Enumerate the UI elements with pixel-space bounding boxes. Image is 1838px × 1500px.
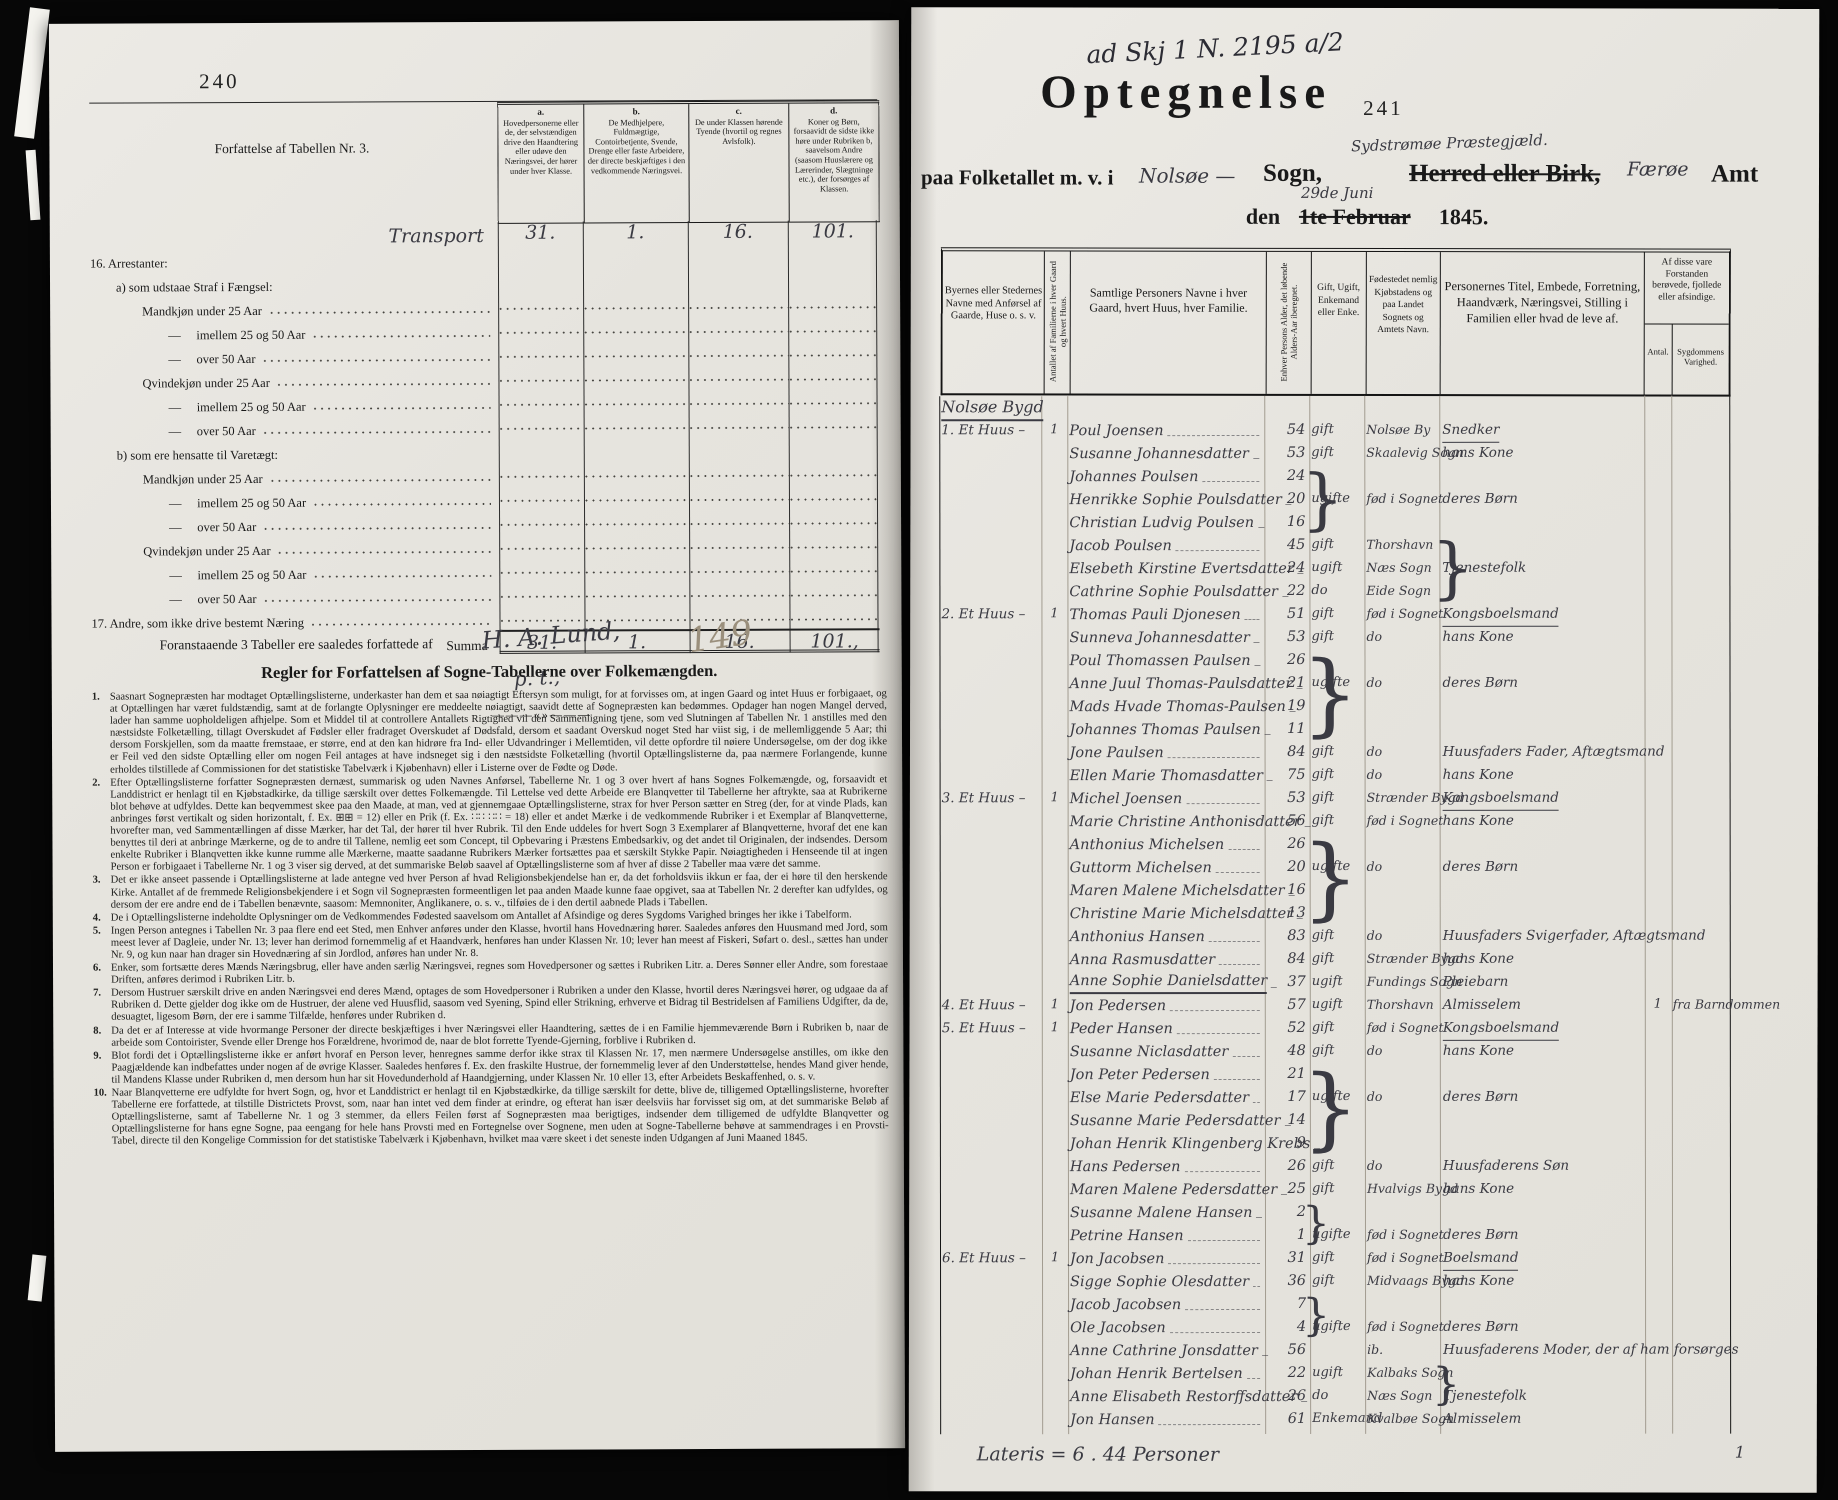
dash-leader [1245,619,1260,620]
left-page: 240 Forfattelse af Tabellen Nr. 3. a. Ho… [49,20,905,1452]
census-row: Anne Cathrine Jonsdatter56ib.Huusfaderen… [940,1339,1730,1363]
census-row: Anthonius Hansen83giftdoHuusfaders Svige… [940,925,1730,949]
category-label-text: 16. Arrestanter: [90,256,168,271]
census-table-header: Byernes eller Stedernes Navne med Anførs… [941,247,1731,396]
person-name: Johan Henrik Bertelsen [1070,1363,1243,1385]
value-cell [788,388,878,412]
dash-leader [1185,1309,1260,1310]
person-name-cell: Anne Juul Thomas-Paulsdatter [1070,672,1262,695]
category-row: Qvindekjøn under 25 Aar [90,364,878,391]
person-name-cell: Ole Jacobsen [1070,1316,1262,1339]
person-age: 20 [1266,856,1306,879]
marital-status: gift [1312,1017,1335,1040]
value-cell [583,341,688,365]
transport-value: 31. [498,222,583,246]
person-age: 36 [1266,1270,1306,1293]
value-cell [583,389,688,413]
census-row: 6. Et Huus1Jon Jacobsen31giftfød i Sogne… [940,1247,1730,1271]
value-cell [583,245,688,269]
person-age: 9 [1266,1132,1306,1155]
value-cell [789,508,879,532]
transport-label-text: Transport [388,226,483,246]
birthplace: Næs Sogn [1366,557,1431,580]
value-cell [789,436,879,460]
census-row: 4. Et Huus1Jon Pedersen57ugiftThorshavnA… [940,994,1730,1018]
rule-item: 6.Enker, som fortsætte deres Mænds Nærin… [93,959,888,987]
birthplace: do [1367,741,1383,764]
transport-value: 16. [688,221,788,245]
dash-leader [1214,1079,1260,1080]
dash-leader [1253,458,1259,459]
occupation: Almisselem [1443,994,1521,1017]
person-age: 24 [1265,557,1305,580]
person-age: 45 [1265,534,1305,557]
person-name: Maren Malene Michelsdatter [1070,880,1285,902]
person-age: 22 [1265,580,1305,603]
marital-status: gift [1312,925,1335,948]
value-cell [689,509,789,533]
person-name: Guttorm Michelsen [1070,857,1212,879]
census-row: Poul Thomassen Paulsen26} [939,649,1729,673]
person-name-cell: Sunneva Johannesdatter [1069,626,1261,649]
person-name: Jon Peter Pedersen [1070,1064,1210,1086]
value-cell [689,557,789,581]
person-age: 2 [1266,1201,1306,1224]
person-name: Christine Marie Michelsdatter [1070,903,1293,925]
person-name-cell: Anna Rasmusdatter [1070,948,1262,971]
value-cell [584,581,689,605]
summa-value: 101., [790,628,880,652]
sub-columns: Antal. Sygdommens Varighed. [1645,324,1729,394]
birthplace: fød i Sognet [1366,488,1443,511]
person-name-cell: Susanne Johannesdatter [1069,442,1261,465]
dateline-struck-date: 1te Februar [1299,204,1411,230]
census-row: Nolsøe Bygd [939,396,1729,420]
census-row: Guttorm Michelsen20ugiftedoderes Børn [940,856,1730,880]
dash-leader [1253,1286,1260,1287]
dotted-leader [268,306,490,315]
dotted-leader [277,546,492,555]
census-row: Petrine Hansen1ugiftefød i Sognetderes B… [940,1224,1730,1248]
dateline-handwritten-date: 29de Juni [1301,184,1374,202]
value-cell [789,484,879,508]
rule-number: 9. [93,1050,101,1062]
value-cell [584,413,689,437]
dotted-leader [262,426,491,435]
rule-text: Enker, som fortsætte deres Mænds Nærings… [111,959,888,985]
category-label-text: a) som udstaae Straf i Fængsel: [90,280,273,296]
census-row: Susanne Malene Hansen2} [940,1201,1730,1225]
house-label: 3. Et Huus [942,787,1040,810]
family-count: 1 [1041,603,1067,626]
census-row: Johan Henrik Bertelsen22ugiftKalbaks Sog… [940,1362,1730,1386]
rule-text: Naar Blanqvetterne ere udfyldte for hver… [112,1084,889,1147]
birthplace: fød i Sognet [1367,1224,1444,1247]
rule-item: 1.Saasnart Sognepræsten har modtaget Opt… [92,688,887,776]
person-name: Poul Joensen [1069,420,1163,442]
occupation: Kongsboelsmand [1443,1017,1559,1041]
marital-status: ugift [1312,971,1343,994]
value-cell [689,485,789,509]
person-name: Susanne Marie Pedersdatter [1070,1110,1281,1132]
person-name: Jon Jacobsen [1070,1248,1164,1270]
person-name-cell: Jone Paulsen [1070,741,1262,764]
person-name: Jacob Jacobsen [1070,1294,1181,1316]
value-cell [688,317,788,341]
person-name: Jacob Poulsen [1069,535,1171,557]
person-name: Maren Malene Pedersdatter [1070,1179,1277,1201]
dotted-leader [312,570,491,579]
birthplace: fød i Sognet [1367,1316,1444,1339]
census-row: Jone Paulsen84giftdoHuusfaders Fader, Af… [940,741,1730,765]
person-name-cell: Anthonius Hansen [1070,925,1262,948]
person-name: Elsebeth Kirstine Evertsdatter [1069,558,1293,580]
census-row: Christine Marie Michelsdatter13 [940,902,1730,926]
table-rule [876,220,879,652]
birthplace: fød i Sognet [1366,603,1443,626]
scan-edge-artifact [26,150,41,221]
person-name-cell: Peder Hansen [1070,1017,1262,1040]
category-label-text: — over 50 Aar [91,520,256,536]
person-name-cell: Jacob Jacobsen [1070,1293,1262,1316]
marital-status: ugifte [1312,856,1351,879]
person-name-cell: Jon Hansen [1070,1408,1262,1431]
person-name-cell: Maren Malene Pedersdatter [1070,1178,1262,1201]
category-label: — over 50 Aar [91,591,499,608]
page-number-left: 240 [199,69,240,94]
occupation: hans Kone [1443,1270,1514,1293]
census-row: Elsebeth Kirstine Evertsdatter24ugiftNæs… [939,557,1729,581]
person-name-cell: Henrikke Sophie Poulsdatter [1069,488,1261,511]
house-label: 4. Et Huus [942,994,1040,1017]
family-count: 1 [1042,1017,1068,1040]
person-age: 61 [1266,1408,1306,1431]
column-header-text: Antallet af Familierne i hver Gaard og h… [1047,255,1067,388]
rule-number: 7. [93,988,101,1000]
category-row: — imellem 25 og 50 Aar [91,556,879,583]
census-row: Mads Hvade Thomas-Paulsen19 [940,695,1730,719]
value-cell [583,365,688,389]
dash-leader [1258,527,1264,528]
value-cell [498,318,583,342]
value-cell [789,580,879,604]
dash-leader [1216,872,1260,873]
person-name-cell: Susanne Niclasdatter [1070,1040,1262,1063]
person-age: 20 [1265,488,1305,511]
birthplace: Eide Sogn [1366,580,1431,603]
person-age: 84 [1266,741,1306,764]
person-name: Susanne Niclasdatter [1070,1041,1229,1063]
person-name: Thomas Pauli Djonesen [1069,604,1240,626]
occupation: hans Kone [1443,764,1514,787]
subtitle-pre: paa Folketallet m. v. i [921,165,1114,190]
person-name: Ole Jacobsen [1070,1317,1166,1339]
person-name: Peder Hansen [1070,1018,1173,1040]
dotted-leader [261,354,490,363]
dotted-leader [312,498,491,507]
person-name-cell: Jon Peter Pedersen [1070,1063,1262,1086]
column-header-birthplace: Fødestedet nemlig Kjøbstadens og paa Lan… [1365,252,1440,394]
census-row: Jon Hansen61EnkemandKvalbøe SognAlmissel… [940,1408,1730,1432]
column-header-c: c. De under Klassen hørende Tyende (hvor… [688,104,789,222]
dateline-year: 1845. [1439,204,1489,230]
marital-status: ugifte [1312,672,1351,695]
person-age: 54 [1265,419,1305,442]
category-label-text: — over 50 Aar [91,424,256,440]
house-label: 5. Et Huus [942,1017,1040,1040]
value-cell [789,604,879,628]
person-name-cell: Michel Joensen [1070,787,1262,810]
family-count: 1 [1042,787,1068,810]
value-cell [688,269,788,293]
rule-item: 3.Det er ikke anseet passende i Optællin… [93,872,888,912]
subtitle-herred-struck: Herred eller Birk, [1409,160,1600,188]
rule-text: Dersom Hustruer særskilt drive en anden … [111,984,888,1023]
person-name-cell: Hans Pedersen [1070,1155,1262,1178]
dash-leader [1177,1033,1260,1034]
transport-row: Transport31.1.16.101. [90,220,878,247]
census-row: Hans Pedersen26giftdoHuusfaderens Søn [940,1155,1730,1179]
occupation: Snedker [1442,419,1499,443]
person-name-cell: Anne Sophie Danielsdatter [1070,971,1262,994]
person-name-cell: Else Marie Pedersdatter [1070,1086,1262,1109]
person-name-cell: Jon Jacobsen [1070,1247,1262,1270]
census-row: Maren Malene Michelsdatter16 [940,879,1730,903]
marital-status: gift [1311,603,1334,626]
category-label-text: — over 50 Aar [90,352,255,368]
occupation: Huusfaderens Moder, der af ham forsørges [1443,1339,1738,1362]
person-age: 16 [1266,879,1306,902]
census-row: Cathrine Sophie Poulsdatter22doEide Sogn [939,580,1729,604]
person-age: 19 [1266,695,1306,718]
column-header-text: De under Klassen hørende Tyende (hvortil… [695,117,783,145]
person-age: 21 [1266,672,1306,695]
person-name: Mads Hvade Thomas-Paulsen [1070,696,1286,718]
person-name-cell: Cathrine Sophie Poulsdatter [1069,580,1261,603]
dotted-leader [263,594,492,603]
dash-leader [1188,1240,1260,1241]
person-name-cell: Petrine Hansen [1070,1224,1262,1247]
person-age: 22 [1266,1362,1306,1385]
house-label: 1. Et Huus [941,419,1039,442]
person-name: Hans Pedersen [1070,1156,1181,1178]
person-name-cell: Poul Joensen [1069,419,1261,442]
district-name: Nolsøe Bygd [941,396,1043,421]
column-header-a: a. Hovedpersonerne eller de, der selvstæ… [498,105,584,223]
dotted-leader [276,378,491,387]
illness-duration: fra Barndommen [1673,994,1780,1017]
census-row: Henrikke Sophie Poulsdatter20ugiftefød i… [939,488,1729,512]
family-count: 1 [1041,419,1067,442]
person-age: 84 [1266,948,1306,971]
marital-status: ugifte [1312,1316,1351,1339]
census-row: Susanne Marie Pedersdatter14 [940,1109,1730,1133]
census-row: 5. Et Huus1Peder Hansen52giftfød i Sogne… [940,1017,1730,1041]
occupation: deres Børn [1443,672,1519,695]
marital-status: ugifte [1312,1224,1351,1247]
value-cell [498,294,583,318]
category-row: — over 50 Aar [91,412,879,439]
occupation: deres Børn [1443,856,1519,879]
left-table-caption: Forfattelse af Tabellen Nr. 3. [104,140,479,158]
journal-annotation: ad Skj 1 N. 2195 a/2 [1086,27,1345,69]
person-name-cell: Poul Thomassen Paulsen [1069,649,1261,672]
prestegjeld-handwritten: Sydstrømøe Præstegjæld. [1351,131,1548,156]
value-cell [498,270,583,294]
category-label: Mandkjøn under 25 Aar [91,471,499,488]
person-name: Anne Elisabeth Restorffsdatter [1070,1386,1297,1408]
scan-edge-artifact [14,7,50,138]
person-name: Sigge Sophie Olesdatter [1070,1271,1249,1293]
marital-status: gift [1312,1247,1335,1270]
occupation: hans Kone [1443,948,1514,971]
dash-leader [1209,941,1260,942]
person-name: Anne Juul Thomas-Paulsdatter [1070,673,1293,695]
person-age: 11 [1266,718,1306,741]
category-label-text: b) som ere hensatte til Varetægt: [91,448,278,464]
birthplace: do [1367,1155,1383,1178]
census-table-body: Nolsøe Bygd1. Et Huus1Poul Joensen54gift… [939,396,1730,1435]
rule-text: Da det er af Interesse at vide hvormange… [111,1022,888,1048]
person-age: 31 [1266,1247,1306,1270]
person-age: 26 [1266,1385,1306,1408]
person-name-cell: Mads Hvade Thomas-Paulsen [1070,695,1262,718]
dash-leader [1202,481,1259,482]
category-row: — over 50 Aar [91,580,879,607]
family-count: 1 [1042,994,1068,1017]
marital-status: ugift [1312,1362,1343,1385]
category-label-text: — imellem 25 og 50 Aar [91,568,306,584]
marital-status: gift [1312,741,1335,764]
value-cell [499,582,584,606]
value-cell [499,414,584,438]
rule-text: Ingen Person antegnes i Tabellen Nr. 3 p… [111,922,888,961]
transport-label: Transport [90,226,498,248]
category-label-text: — imellem 25 og 50 Aar [90,328,305,344]
dash-leader [1159,1424,1261,1425]
column-letter: d. [791,106,876,116]
category-row: Mandkjøn under 25 Aar [90,292,878,319]
birthplace: fød i Sognet [1367,810,1444,833]
census-row: Jacob Poulsen45giftThorshavn} [939,534,1729,558]
census-row: Anthonius Michelsen26} [940,833,1730,857]
person-age: 25 [1266,1178,1306,1201]
person-name-cell: Anne Cathrine Jonsdatter [1070,1339,1262,1362]
category-label-text: — imellem 25 og 50 Aar [91,496,306,512]
person-name-cell: Johannes Thomas Paulsen [1070,718,1262,741]
rule-text: De i Optællingslisterne indeholdte Oplys… [111,909,852,923]
birthplace: ib. [1367,1339,1383,1362]
value-cell [499,486,584,510]
dash-leader [1176,550,1260,551]
category-label-text: — imellem 25 og 50 Aar [91,400,306,416]
dash-leader [1168,757,1260,758]
census-row: Christian Ludvig Poulsen16 [939,511,1729,535]
person-name-cell: Marie Christine Anthonisdatter [1070,810,1262,833]
value-cell [788,268,878,292]
occupation: hans Kone [1443,810,1514,833]
occupation: deres Børn [1443,1316,1519,1339]
occupation: hans Kone [1443,1040,1514,1063]
marital-status: ugifte [1312,1086,1351,1109]
rule-item: 10.Naar Blanqvetterne ere udfyldte for h… [94,1084,889,1148]
birthplace: do [1367,925,1383,948]
person-age: 7 [1266,1293,1306,1316]
person-name: Susanne Johannesdatter [1069,443,1249,465]
category-row: b) som ere hensatte til Varetægt: [91,436,879,463]
person-age: 53 [1265,442,1305,465]
column-header-families: Antallet af Familierne i hver Gaard og h… [1044,251,1070,393]
category-label-text: Qvindekjøn under 25 Aar [90,376,269,392]
value-cell [788,364,878,388]
value-cell [499,510,584,534]
person-age: 26 [1266,833,1306,856]
birthplace: Thorshavn [1366,534,1433,557]
left-table-body: Transport31.1.16.101.16. Arrestanter:a) … [90,220,880,655]
value-cell [499,438,584,462]
value-cell [498,246,583,270]
person-age: 75 [1266,764,1306,787]
value-cell [499,558,584,582]
value-cell [584,485,689,509]
value-cell [499,534,584,558]
birthplace: do [1366,626,1382,649]
marital-status: gift [1311,419,1334,442]
value-cell [584,533,689,557]
value-cell [689,533,789,557]
marital-status: ugifte [1311,488,1350,511]
dash-leader [1170,1010,1260,1011]
category-label: a) som udstaae Straf i Fængsel: [90,279,498,296]
dash-leader [1170,1332,1260,1333]
birthplace: Thorshavn [1367,994,1434,1017]
column-header-place: Byernes eller Stedernes Navne med Anførs… [943,251,1045,393]
marital-status: gift [1312,1155,1335,1178]
column-header-text: Koner og Børn, forsaavidt de sidste ikke… [794,117,874,193]
dash-leader [1219,964,1260,965]
category-label: — over 50 Aar [91,519,499,536]
census-row: Sigge Sophie Olesdatter36giftMidvaags By… [940,1270,1730,1294]
person-name: Jon Pedersen [1070,995,1166,1017]
value-cell [584,509,689,533]
dash-leader [1254,642,1260,643]
category-row: — imellem 25 og 50 Aar [90,388,878,415]
category-label: — imellem 25 og 50 Aar [91,567,499,584]
category-label-text: Qvindekjøn under 25 Aar [91,544,270,560]
person-age: 26 [1265,649,1305,672]
census-row: Else Marie Pedersdatter17ugiftedoderes B… [940,1086,1730,1110]
census-row: Anna Rasmusdatter84giftStrænder Bygdhans… [940,948,1730,972]
value-cell [689,413,789,437]
person-name: Anthonius Hansen [1070,926,1205,948]
rule-number: 6. [93,963,101,975]
marital-status: gift [1312,787,1335,810]
dash-leader [1253,1102,1260,1103]
attestation-text: Foranstaaende 3 Tabeller ere saaledes fo… [160,636,433,653]
census-row: Jacob Jacobsen7} [940,1293,1730,1317]
sub-column-antal: Antal. [1645,324,1672,394]
parish-name-handwritten: Nolsøe — [1139,164,1235,188]
category-label: — imellem 25 og 50 Aar [91,495,499,512]
column-header-text: Hovedpersonerne eller de, der selvstændi… [503,118,578,175]
value-cell [688,293,788,317]
occupation: hans Kone [1442,442,1513,465]
occupation: deres Børn [1443,1224,1519,1247]
person-name-cell: Ellen Marie Thomasdatter [1070,764,1262,787]
birthplace: do [1367,1040,1383,1063]
person-age: 1 [1266,1224,1306,1247]
category-label: — over 50 Aar [91,423,499,440]
